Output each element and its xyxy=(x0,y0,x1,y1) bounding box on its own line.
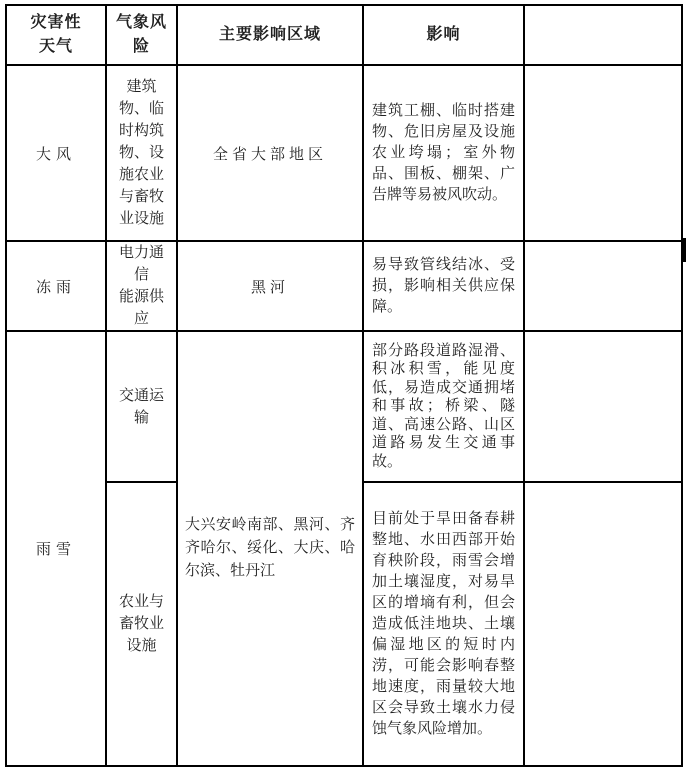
right-edge-mark xyxy=(682,238,686,262)
cell-risk-power-telecom-energy: 电力通信 能源供应 xyxy=(106,241,177,331)
header-meteo-risk: 气象风 险 xyxy=(106,5,177,65)
cell-impact-freezing-rain: 易导致管线结冰、受损，影响相关供应保障。 xyxy=(363,241,524,331)
table-row-rain-snow-transport: 雨雪 交通运输 大兴安岭南部、黑河、齐齐哈尔、绥化、大庆、哈尔滨、牡丹江 部分路… xyxy=(6,331,682,482)
cell-risk-transportation: 交通运输 xyxy=(106,331,177,482)
cell-impact-transportation: 部分路段道路湿滑、积冰积雪，能见度低，易造成交通拥堵和事故；桥梁、隧道、高速公路… xyxy=(363,331,524,482)
header-extra-empty xyxy=(524,5,682,65)
cell-risk-agriculture-livestock: 农业与畜牧业设施 xyxy=(106,482,177,766)
table-row-freezing-rain: 冻雨 电力通信 能源供应 黑河 易导致管线结冰、受损，影响相关供应保障。 xyxy=(6,241,682,331)
cell-extra-empty-row1 xyxy=(524,65,682,241)
cell-impact-strong-wind: 建筑工棚、临时搭建物、危旧房屋及设施农业垮塌；室外物品、围板、棚架、广告牌等易被… xyxy=(363,65,524,241)
cell-extra-empty-row2 xyxy=(524,241,682,331)
cell-area-heihe: 黑河 xyxy=(177,241,363,331)
cell-risk-buildings-facilities: 建筑物、临时构筑物、设施农业与畜牧业设施 xyxy=(106,65,177,241)
weather-risk-table: 灾害性 天气 气象风 险 主要影响区域 影响 大风 建筑物、临时构筑物、设施农业… xyxy=(5,4,683,767)
cell-extra-empty-row3a xyxy=(524,331,682,482)
cell-weather-strong-wind: 大风 xyxy=(6,65,106,241)
header-impact: 影响 xyxy=(363,5,524,65)
table-header-row: 灾害性 天气 气象风 险 主要影响区域 影响 xyxy=(6,5,682,65)
cell-weather-freezing-rain: 冻雨 xyxy=(6,241,106,331)
cell-weather-rain-snow: 雨雪 xyxy=(6,331,106,766)
cell-extra-empty-row3b xyxy=(524,482,682,766)
cell-area-most-of-province: 全省大部地区 xyxy=(177,65,363,241)
cell-area-rain-snow-cities: 大兴安岭南部、黑河、齐齐哈尔、绥化、大庆、哈尔滨、牡丹江 xyxy=(177,331,363,766)
cell-impact-agriculture: 目前处于旱田备春耕整地、水田西部开始育秧阶段，雨雪会增加土壤湿度，对易旱区的增墒… xyxy=(363,482,524,766)
table-row-strong-wind: 大风 建筑物、临时构筑物、设施农业与畜牧业设施 全省大部地区 建筑工棚、临时搭建… xyxy=(6,65,682,241)
header-disaster-weather: 灾害性 天气 xyxy=(6,5,106,65)
header-main-affected-area: 主要影响区域 xyxy=(177,5,363,65)
